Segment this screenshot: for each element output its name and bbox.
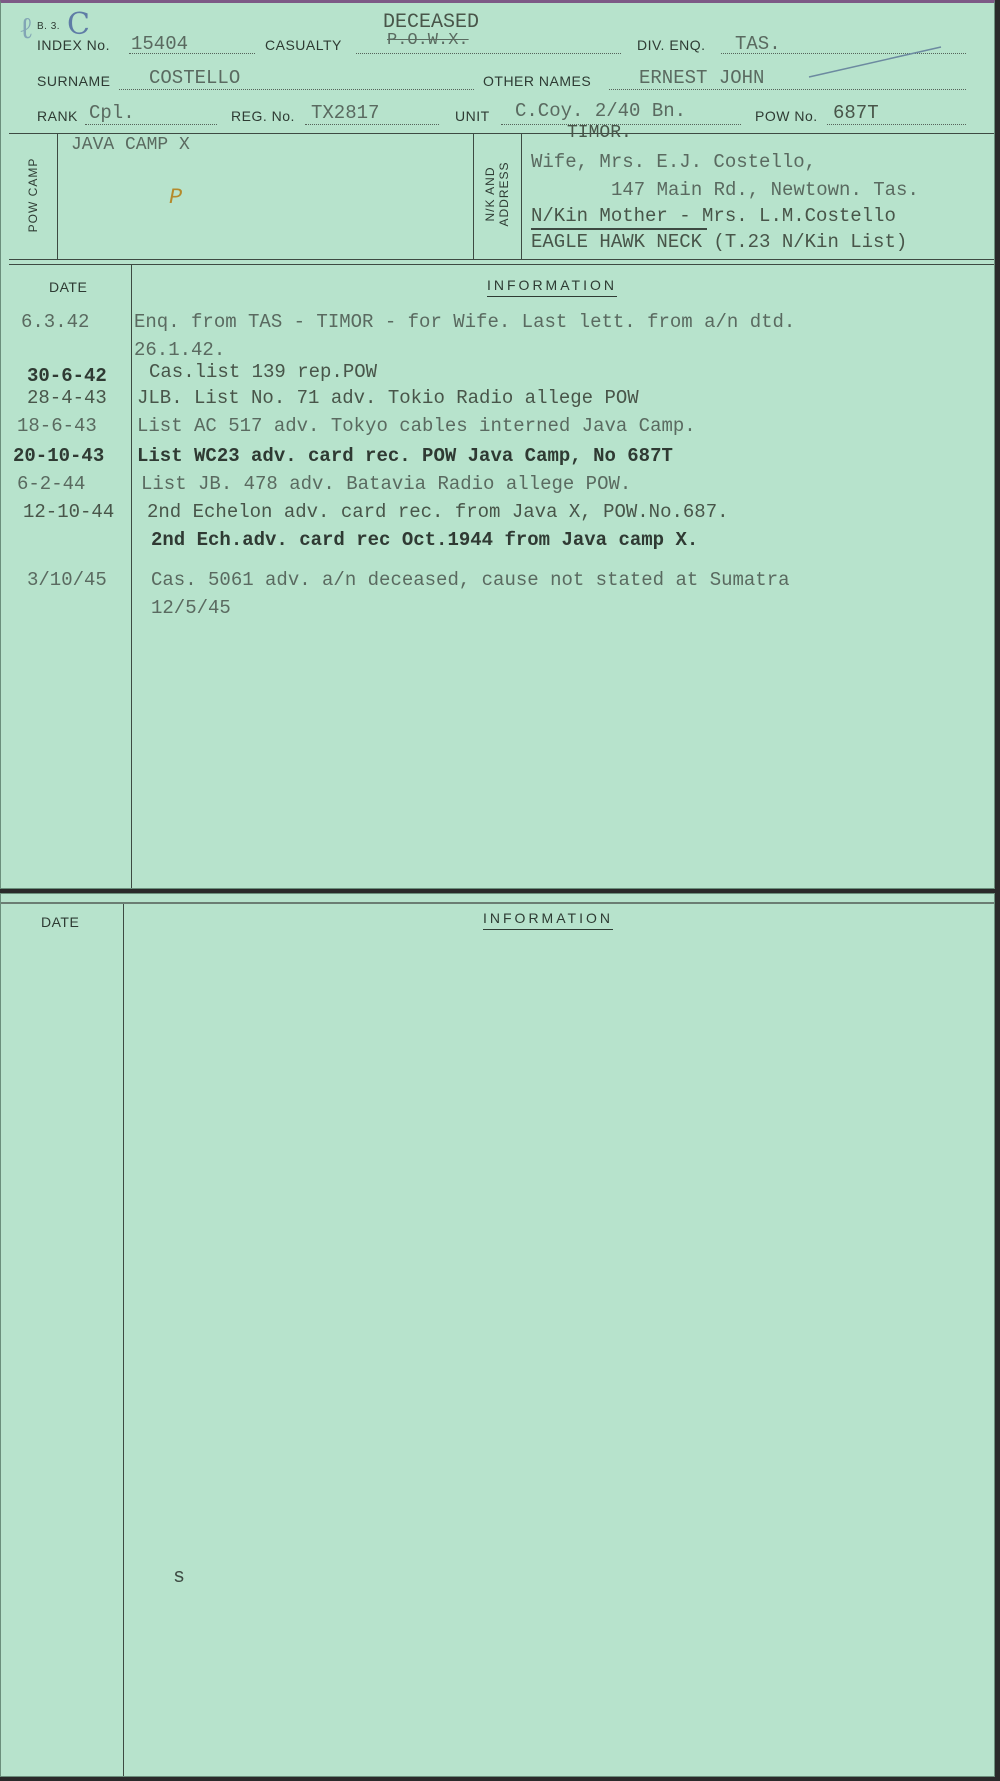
casualty-label: CASUALTY bbox=[265, 37, 342, 53]
entry-text: 12/5/45 bbox=[151, 597, 231, 619]
entry-text: Enq. from TAS - TIMOR - for Wife. Last l… bbox=[134, 311, 795, 333]
entry-date: 3/10/45 bbox=[27, 569, 107, 591]
unit-value: C.Coy. 2/40 Bn. bbox=[515, 100, 686, 122]
camp-nk-divider bbox=[473, 133, 474, 259]
nk-address-label-line2: ADDRESS bbox=[497, 162, 511, 227]
pow-no-value: 687T bbox=[833, 102, 879, 124]
nk-line-3: 147 Main Rd., Newtown. Tas. bbox=[611, 179, 919, 201]
information-column-header: INFORMATION bbox=[487, 277, 617, 297]
pow-camp-label: POW CAMP bbox=[26, 145, 40, 245]
nk-label-divider bbox=[521, 133, 522, 259]
back-information-column-header: INFORMATION bbox=[483, 910, 613, 930]
other-names-label: OTHER NAMES bbox=[483, 73, 591, 89]
div-enq-value: TAS. bbox=[735, 33, 781, 55]
handwritten-mark: P bbox=[169, 185, 182, 210]
other-names-value: ERNEST JOHN bbox=[639, 67, 764, 89]
nk-line-4-underline bbox=[531, 228, 707, 230]
camp-box-bottom-rule bbox=[9, 259, 995, 260]
entry-text: 2nd Ech.adv. card rec Oct.1944 from Java… bbox=[151, 529, 698, 551]
surname-value: COSTELLO bbox=[149, 67, 240, 89]
pencil-stroke bbox=[801, 43, 951, 83]
rank-value: Cpl. bbox=[89, 102, 135, 124]
reg-no-label: REG. No. bbox=[231, 108, 295, 124]
back-top-rule bbox=[1, 902, 995, 904]
index-label: INDEX No. bbox=[37, 37, 110, 53]
record-card-back: DATE INFORMATION s bbox=[0, 893, 995, 1777]
nk-line-2: Wife, Mrs. E.J. Costello, bbox=[531, 151, 816, 173]
nk-address-label: N/K AND ADDRESS bbox=[483, 144, 511, 244]
entry-text: List JB. 478 adv. Batavia Radio allege P… bbox=[141, 473, 631, 495]
entry-date: 18-6-43 bbox=[17, 415, 97, 437]
entry-date: 30-6-42 bbox=[27, 365, 107, 387]
entry-text: List WC23 adv. card rec. POW Java Camp, … bbox=[137, 445, 673, 467]
entry-text: 26.1.42. bbox=[134, 339, 225, 361]
surname-underline bbox=[119, 89, 474, 90]
casualty-underline bbox=[356, 53, 621, 54]
reg-no-value: TX2817 bbox=[311, 102, 379, 124]
date-column-divider bbox=[131, 265, 132, 889]
pow-no-underline bbox=[827, 124, 966, 125]
corner-scribble: ℓ bbox=[19, 11, 34, 46]
pow-no-label: POW No. bbox=[755, 108, 818, 124]
pow-camp-value: JAVA CAMP X bbox=[71, 135, 190, 155]
back-date-column-header: DATE bbox=[41, 914, 79, 930]
rank-underline bbox=[85, 124, 217, 125]
entry-text: Cas. 5061 adv. a/n deceased, cause not s… bbox=[151, 569, 790, 591]
date-column-header: DATE bbox=[49, 279, 87, 295]
casualty-struck-value: P.O.W.X. bbox=[387, 31, 469, 50]
entry-date: 20-10-43 bbox=[13, 445, 104, 467]
div-enq-label: DIV. ENQ. bbox=[637, 37, 706, 53]
entry-text: List AC 517 adv. Tokyo cables interned J… bbox=[137, 415, 696, 437]
unit-label: UNIT bbox=[455, 108, 490, 124]
entry-date: 12-10-44 bbox=[23, 501, 114, 523]
entry-date: 28-4-43 bbox=[27, 387, 107, 409]
index-underline bbox=[129, 53, 255, 54]
camp-label-divider bbox=[57, 133, 58, 259]
reg-no-underline bbox=[305, 124, 439, 125]
camp-box-top-rule bbox=[9, 133, 995, 134]
record-card-front: B. 3. C ℓ INDEX No. 15404 CASUALTY DECEA… bbox=[0, 0, 995, 889]
nk-line-1: TIMOR. bbox=[567, 123, 632, 143]
entry-date: 6-2-44 bbox=[17, 473, 85, 495]
index-value: 15404 bbox=[131, 33, 188, 55]
surname-label: SURNAME bbox=[37, 73, 111, 89]
entry-text: Cas.list 139 rep.POW bbox=[149, 361, 377, 383]
entry-text: 2nd Echelon adv. card rec. from Java X, … bbox=[147, 501, 729, 523]
other-names-underline bbox=[609, 89, 966, 90]
corner-note: B. 3. bbox=[37, 21, 60, 32]
nk-line-4: N/Kin Mother - Mrs. L.M.Costello bbox=[531, 205, 896, 227]
nk-line-5: EAGLE HAWK NECK (T.23 N/Kin List) bbox=[531, 231, 907, 253]
entry-date: 6.3.42 bbox=[21, 311, 89, 333]
nk-address-label-line1: N/K AND bbox=[483, 167, 497, 222]
back-handwritten-mark: s bbox=[173, 1566, 185, 1589]
back-date-column-divider bbox=[123, 904, 124, 1777]
rank-label: RANK bbox=[37, 108, 78, 124]
entry-text: JLB. List No. 71 adv. Tokio Radio allege… bbox=[137, 387, 639, 409]
table-top-rule bbox=[9, 264, 995, 265]
